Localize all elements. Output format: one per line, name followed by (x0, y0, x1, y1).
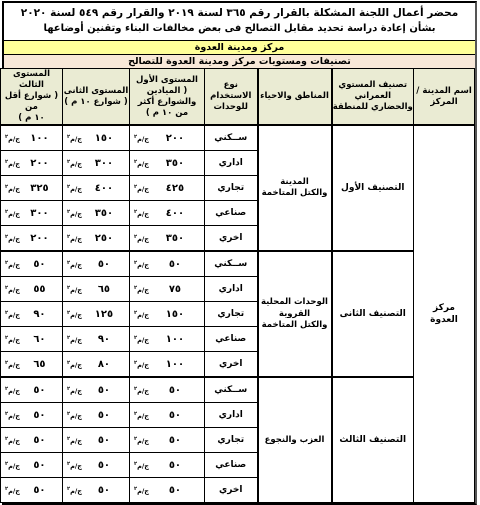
table-row: مركز العدوةالتصنيف الأولالمدينة والكتل ا… (1, 125, 475, 151)
unit-base: ج/م (8, 160, 20, 168)
unit-label: ج/م٢ (67, 159, 82, 168)
unit-label: ج/م٢ (67, 335, 82, 344)
unit-label: ج/م٢ (67, 411, 82, 420)
price-cell: ج/م٢٥٠ (63, 453, 130, 478)
center-name-banner: مركز ومدينة العدوة (4, 40, 475, 54)
unit-base: ج/م (8, 135, 20, 143)
price-value: ٦٥ (82, 284, 126, 295)
price-cell: ج/م٢٤٢٥ (130, 176, 205, 201)
unit-base: ج/م (70, 210, 82, 218)
unit-label: ج/م٢ (5, 335, 20, 344)
price-value: ١٠٠ (20, 133, 59, 144)
unit-base: ج/م (8, 487, 20, 495)
unit-base: ج/م (137, 336, 149, 344)
usage-type-cell: ســكني (205, 251, 258, 277)
usage-type-cell: صناعي (205, 453, 258, 478)
price-value: ٥٠ (82, 385, 126, 396)
unit-label: ج/م٢ (134, 184, 149, 193)
price-cell: ج/م٢٥٠ (1, 377, 63, 403)
unit-label: ج/م٢ (67, 209, 82, 218)
price-value: ٢٠٠ (20, 233, 59, 244)
price-cell: ج/م٢٣٠٠ (1, 201, 63, 226)
unit-base: ج/م (8, 311, 20, 319)
usage-type-cell: اداري (205, 151, 258, 176)
city-name-cell: مركز العدوة (414, 125, 475, 500)
unit-label: ج/م٢ (134, 159, 149, 168)
price-cell: ج/م٢٥٠ (1, 403, 63, 428)
price-value: ٣٥٠ (149, 158, 201, 169)
unit-base: ج/م (70, 462, 82, 470)
document-title-line2: بشأن إعادة دراسة تحديد مقابل التصالح فى … (4, 21, 475, 37)
price-cell: ج/م٢٢٠٠ (1, 151, 63, 176)
price-value: ١٠٠ (149, 334, 201, 345)
unit-base: ج/م (8, 336, 20, 344)
price-cell: ج/م٢٥٠ (130, 478, 205, 500)
price-value: ٥٠ (149, 259, 201, 270)
unit-base: ج/م (70, 487, 82, 495)
usage-type-cell: اداري (205, 277, 258, 302)
price-value: ٥٠ (20, 435, 59, 446)
unit-base: ج/م (70, 387, 82, 395)
unit-label: ج/م٢ (5, 386, 20, 395)
unit-label: ج/م٢ (5, 436, 20, 445)
unit-base: ج/م (8, 286, 20, 294)
unit-label: ج/م٢ (134, 285, 149, 294)
price-cell: ج/م٢٥٠ (130, 453, 205, 478)
price-cell: ج/م٢٥٠ (1, 251, 63, 277)
price-cell: ج/م٢٣٥٠ (130, 226, 205, 252)
price-cell: ج/م٢٣٢٥ (1, 176, 63, 201)
price-cell: ج/م٢٥٠ (63, 251, 130, 277)
unit-base: ج/م (137, 361, 149, 369)
price-cell: ج/م٢١٠٠ (130, 327, 205, 352)
price-cell: ج/م٢٥٠ (130, 377, 205, 403)
unit-label: ج/م٢ (5, 234, 20, 243)
price-cell: ج/م٢٥٠ (130, 251, 205, 277)
price-value: ٥٠ (149, 435, 201, 446)
unit-label: ج/م٢ (67, 386, 82, 395)
price-value: ٩٠ (20, 309, 59, 320)
price-cell: ج/م٢٨٠ (63, 352, 130, 378)
unit-base: ج/م (137, 311, 149, 319)
price-cell: ج/م٢٩٠ (1, 302, 63, 327)
unit-label: ج/م٢ (67, 360, 82, 369)
unit-label: ج/م٢ (67, 486, 82, 495)
usage-type-cell: اخري (205, 226, 258, 252)
unit-label: ج/م٢ (5, 184, 20, 193)
unit-base: ج/م (137, 160, 149, 168)
price-cell: ج/م٢٥٠ (63, 403, 130, 428)
classification-cell: التصنيف الثالث (332, 377, 414, 500)
price-cell: ج/م٢٥٠ (63, 377, 130, 403)
unit-label: ج/م٢ (5, 360, 20, 369)
price-cell: ج/م٢٢٠٠ (130, 125, 205, 151)
unit-label: ج/م٢ (134, 234, 149, 243)
price-value: ٦٥ (20, 359, 59, 370)
price-value: ٣٥٠ (149, 233, 201, 244)
unit-label: ج/م٢ (5, 260, 20, 269)
unit-label: ج/م٢ (134, 260, 149, 269)
unit-label: ج/م٢ (134, 310, 149, 319)
header-level2: المستوى الثانى ( شوارع ١٠ م ) (63, 69, 130, 126)
price-cell: ج/م٢٥٠ (1, 478, 63, 500)
districts-cell: الوحدات المحلية القروية والكتل المتاخمة (258, 251, 332, 377)
unit-label: ج/م٢ (134, 461, 149, 470)
usage-type-cell: ســكني (205, 125, 258, 151)
unit-base: ج/م (8, 437, 20, 445)
unit-label: ج/م٢ (67, 260, 82, 269)
unit-label: ج/م٢ (134, 209, 149, 218)
price-cell: ج/م٢٥٠ (1, 428, 63, 453)
price-value: ٦٠ (20, 334, 59, 345)
unit-base: ج/م (137, 487, 149, 495)
price-cell: ج/م٢١٥٠ (130, 302, 205, 327)
price-value: ٣٠٠ (82, 158, 126, 169)
unit-label: ج/م٢ (134, 486, 149, 495)
price-value: ٥٠ (149, 460, 201, 471)
unit-label: ج/م٢ (5, 159, 20, 168)
unit-base: ج/م (70, 185, 82, 193)
unit-base: ج/م (137, 135, 149, 143)
unit-base: ج/م (70, 286, 82, 294)
price-cell: ج/م٢٤٠٠ (63, 176, 130, 201)
usage-type-cell: اداري (205, 403, 258, 428)
price-value: ٣٠٠ (20, 208, 59, 219)
price-cell: ج/م٢٩٠ (63, 327, 130, 352)
price-value: ٥٠ (82, 435, 126, 446)
price-cell: ج/م٢٣٠٠ (63, 151, 130, 176)
unit-label: ج/م٢ (5, 411, 20, 420)
usage-type-cell: ســكني (205, 377, 258, 403)
price-value: ٥٠ (82, 485, 126, 496)
unit-base: ج/م (8, 235, 20, 243)
price-value: ٥٠ (149, 410, 201, 421)
classifications-subtitle-banner: تصنيفات ومستويات مركز ومدينة العدوة للتص… (4, 54, 475, 68)
unit-base: ج/م (8, 387, 20, 395)
pricing-table-body: مركز العدوةالتصنيف الأولالمدينة والكتل ا… (1, 125, 475, 500)
unit-label: ج/م٢ (5, 209, 20, 218)
price-value: ١٠٠ (149, 359, 201, 370)
price-value: ٥٠ (20, 460, 59, 471)
price-cell: ج/م٢٦٥ (1, 352, 63, 378)
price-value: ٥٠ (149, 385, 201, 396)
price-cell: ج/م٢١٠٠ (1, 125, 63, 151)
price-value: ٣٢٥ (20, 183, 59, 194)
price-cell: ج/م٢٦٠ (1, 327, 63, 352)
unit-label: ج/م٢ (5, 310, 20, 319)
table-row: التصنيف الثالثالعزب والنجوعســكنيج/م٢٥٠ج… (1, 377, 475, 403)
price-value: ٧٥ (149, 284, 201, 295)
header-level1: المستوى الأول ( الميادين والشوارع أكثر م… (130, 69, 205, 126)
price-value: ٥٥ (20, 284, 59, 295)
unit-base: ج/م (8, 361, 20, 369)
unit-label: ج/م٢ (67, 436, 82, 445)
classification-cell: التصنيف الثانى (332, 251, 414, 377)
unit-label: ج/م٢ (134, 360, 149, 369)
price-value: ٥٠ (20, 385, 59, 396)
price-cell: ج/م٢٥٠ (63, 478, 130, 500)
price-cell: ج/م٢٣٥٠ (130, 151, 205, 176)
unit-label: ج/م٢ (134, 335, 149, 344)
unit-label: ج/م٢ (134, 436, 149, 445)
unit-label: ج/م٢ (5, 134, 20, 143)
unit-label: ج/م٢ (134, 386, 149, 395)
unit-label: ج/م٢ (134, 411, 149, 420)
unit-base: ج/م (8, 185, 20, 193)
table-row: التصنيف الثانىالوحدات المحلية القروية وا… (1, 251, 475, 277)
price-cell: ج/م٢٣٥٠ (63, 201, 130, 226)
classification-cell: التصنيف الأول (332, 125, 414, 251)
price-cell: ج/م٢٢٥٠ (63, 226, 130, 252)
unit-base: ج/م (70, 311, 82, 319)
unit-base: ج/م (137, 235, 149, 243)
price-value: ٤٢٥ (149, 183, 201, 194)
price-cell: ج/م٢٥٠ (63, 428, 130, 453)
header-city-name: اسم المدينة / المركز (414, 69, 475, 126)
unit-base: ج/م (70, 437, 82, 445)
reconciliation-pricing-table: اسم المدينة / المركز تصنيف المستوي العمر… (0, 68, 475, 500)
price-cell: ج/م٢١٢٥ (63, 302, 130, 327)
price-value: ٥٠ (149, 485, 201, 496)
price-value: ٥٠ (20, 485, 59, 496)
unit-base: ج/م (70, 261, 82, 269)
price-cell: ج/م٢١٥٠ (63, 125, 130, 151)
price-cell: ج/م٢٧٥ (130, 277, 205, 302)
unit-label: ج/م٢ (134, 134, 149, 143)
header-level3: المستوى الثالث ( شوارع أقل من ١٠ م ) (1, 69, 63, 126)
price-value: ٣٥٠ (82, 208, 126, 219)
header-urban-classification: تصنيف المستوي العمراني والحضاري للمنطقة (332, 69, 414, 126)
unit-base: ج/م (70, 336, 82, 344)
price-value: ٢٠٠ (20, 158, 59, 169)
unit-label: ج/م٢ (5, 461, 20, 470)
price-cell: ج/م٢٥٠ (130, 428, 205, 453)
price-cell: ج/م٢٤٠٠ (130, 201, 205, 226)
unit-base: ج/م (137, 286, 149, 294)
price-value: ٩٠ (82, 334, 126, 345)
unit-base: ج/م (8, 210, 20, 218)
unit-base: ج/م (70, 412, 82, 420)
unit-base: ج/م (70, 361, 82, 369)
unit-label: ج/م٢ (67, 184, 82, 193)
price-value: ٥٠ (82, 460, 126, 471)
price-value: ٢٠٠ (149, 133, 201, 144)
unit-label: ج/م٢ (5, 285, 20, 294)
unit-base: ج/م (137, 412, 149, 420)
usage-type-cell: صناعي (205, 201, 258, 226)
document-sheet: محضر أعمال اللجنة المشكلة بالقرار رقم ٣٦… (2, 1, 477, 500)
unit-base: ج/م (137, 261, 149, 269)
usage-type-cell: تجاري (205, 428, 258, 453)
unit-base: ج/م (137, 185, 149, 193)
unit-base: ج/م (137, 437, 149, 445)
price-cell: ج/م٢٥٠ (1, 453, 63, 478)
unit-base: ج/م (70, 135, 82, 143)
price-value: ٢٥٠ (82, 233, 126, 244)
price-value: ٤٠٠ (82, 183, 126, 194)
unit-base: ج/م (8, 261, 20, 269)
unit-label: ج/م٢ (67, 310, 82, 319)
header-districts: المناطق والاحياء (258, 69, 332, 126)
usage-type-cell: تجاري (205, 302, 258, 327)
price-cell: ج/م٢٢٠٠ (1, 226, 63, 252)
districts-cell: المدينة والكتل المتاخمة (258, 125, 332, 251)
price-cell: ج/م٢٥٥ (1, 277, 63, 302)
price-value: ٥٠ (20, 259, 59, 270)
unit-label: ج/م٢ (67, 285, 82, 294)
price-value: ١٥٠ (149, 309, 201, 320)
unit-base: ج/م (8, 412, 20, 420)
price-cell: ج/م٢٥٠ (130, 403, 205, 428)
price-value: ٨٠ (82, 359, 126, 370)
unit-label: ج/م٢ (67, 234, 82, 243)
document-title-block: محضر أعمال اللجنة المشكلة بالقرار رقم ٣٦… (4, 3, 475, 40)
unit-base: ج/م (137, 210, 149, 218)
usage-type-cell: اخري (205, 352, 258, 378)
price-value: ١٢٥ (82, 309, 126, 320)
unit-label: ج/م٢ (67, 134, 82, 143)
price-cell: ج/م٢٦٥ (63, 277, 130, 302)
price-value: ٥٠ (82, 410, 126, 421)
usage-type-cell: تجاري (205, 176, 258, 201)
price-cell: ج/م٢١٠٠ (130, 352, 205, 378)
price-value: ٥٠ (20, 410, 59, 421)
price-value: ١٥٠ (82, 133, 126, 144)
table-header-row: اسم المدينة / المركز تصنيف المستوي العمر… (1, 69, 475, 126)
unit-base: ج/م (137, 387, 149, 395)
unit-base: ج/م (137, 462, 149, 470)
price-value: ٥٠ (82, 259, 126, 270)
districts-cell: العزب والنجوع (258, 377, 332, 500)
document-title-line1: محضر أعمال اللجنة المشكلة بالقرار رقم ٣٦… (4, 5, 475, 21)
unit-base: ج/م (8, 462, 20, 470)
unit-base: ج/م (70, 160, 82, 168)
price-value: ٤٠٠ (149, 208, 201, 219)
unit-label: ج/م٢ (67, 461, 82, 470)
unit-base: ج/م (70, 235, 82, 243)
header-usage-type: نوع الاستخدام للوحدات (205, 69, 258, 126)
usage-type-cell: صناعي (205, 327, 258, 352)
unit-label: ج/م٢ (5, 486, 20, 495)
usage-type-cell: اخري (205, 478, 258, 500)
